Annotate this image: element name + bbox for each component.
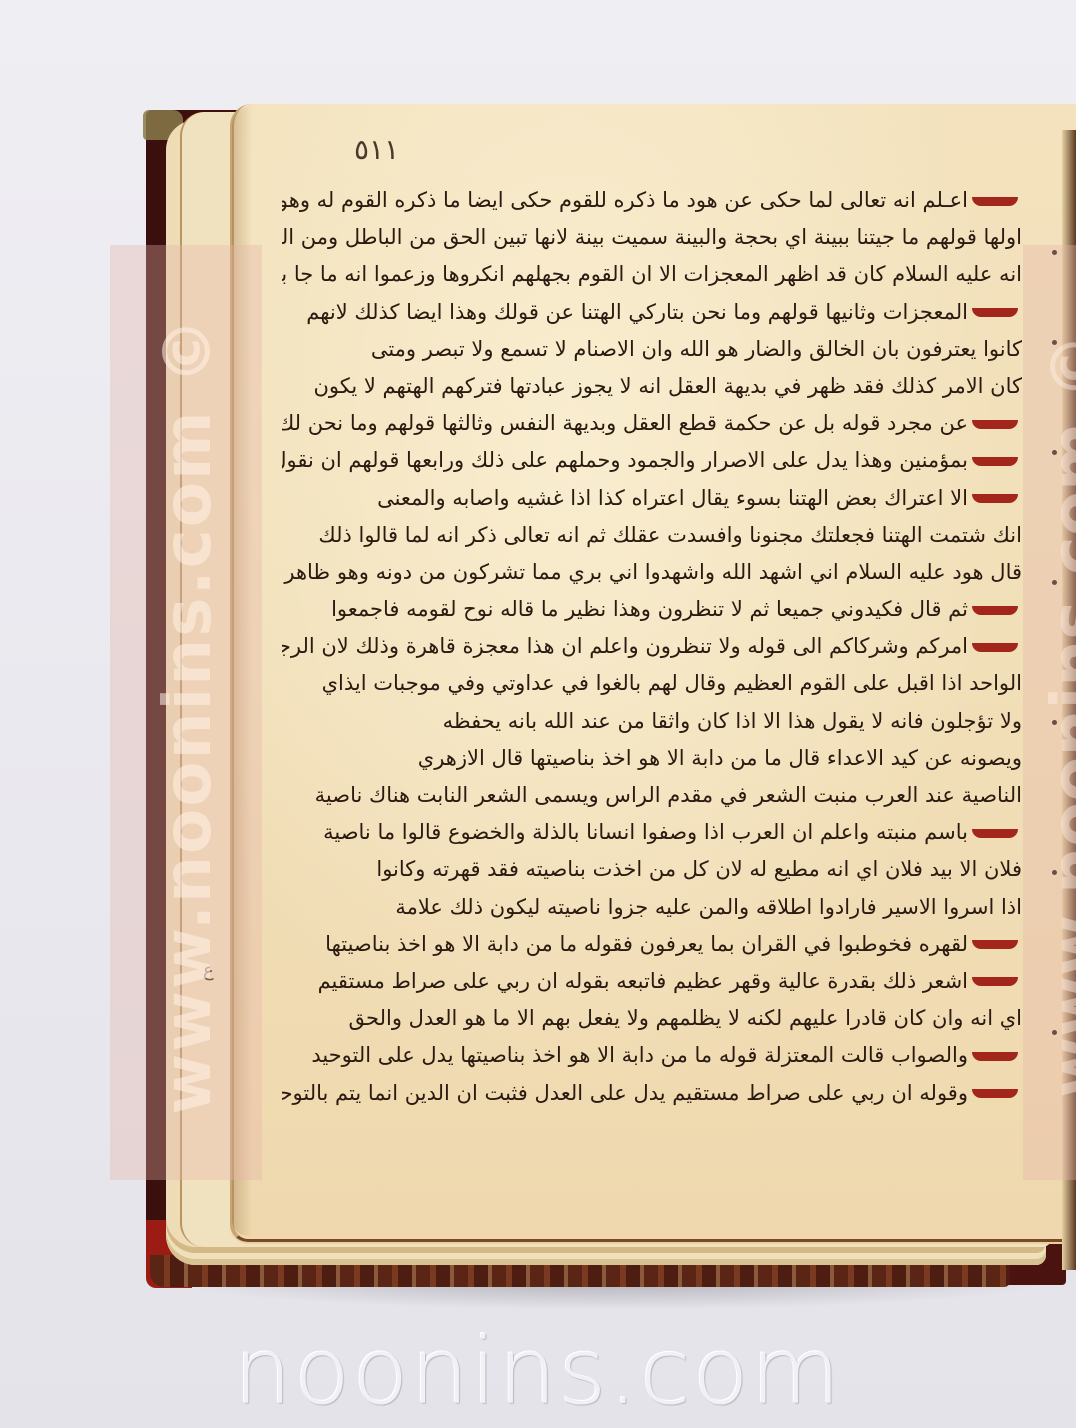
- line-text: ويصونه عن كيد الاعداء قال ما من دابة الا…: [418, 746, 1022, 770]
- folio-number: ٥١١: [354, 133, 399, 166]
- line-text: اي انه وان كان قادرا عليهم لكنه لا يظلمه…: [349, 1006, 1022, 1030]
- line-text: والصواب قالت المعتزلة قوله ما من دابة ال…: [311, 1043, 968, 1067]
- line-text: بمؤمنين وهذا يدل على الاصرار والجمود وحم…: [282, 448, 968, 472]
- manuscript-line: لقهره فخوطبوا في القران بما يعرفون فقوله…: [282, 926, 1022, 963]
- line-text: انك شتمت الهتنا فجعلتك مجنونا وافسدت عقل…: [318, 523, 1022, 547]
- line-text: قال هود عليه السلام اني اشهد الله واشهدو…: [284, 560, 1022, 584]
- manuscript-line: الا اعتراك بعض الهتنا بسوء يقال اعتراه ك…: [282, 480, 1022, 517]
- rubric-overline: [972, 1089, 1018, 1098]
- manuscript-line: اذا اسروا الاسير فارادوا اطلاقه والمن عل…: [282, 889, 1022, 926]
- line-text: وقوله ان ربي على صراط مستقيم يدل على الع…: [282, 1081, 968, 1105]
- line-text: المعجزات وثانيها قولهم وما نحن بتاركي ال…: [306, 300, 968, 324]
- line-text: اولها قولهم ما جيتنا ببينة اي بحجة والبي…: [282, 225, 1022, 249]
- line-text: اعـلم انه تعالى لما حكى عن هود ما ذكره ل…: [282, 188, 968, 212]
- manuscript-line: كانوا يعترفون بان الخالق والضار هو الله …: [282, 331, 1022, 368]
- manuscript-line: امركم وشركاكم الى قوله ولا تنظرون واعلم …: [282, 628, 1022, 665]
- watermark-left-text: www.noonins.com ©: [149, 316, 226, 1115]
- manuscript-line: عن مجرد قوله بل عن حكمة قطع العقل وبديهة…: [282, 405, 1022, 442]
- line-text: امركم وشركاكم الى قوله ولا تنظرون واعلم …: [282, 634, 968, 658]
- manuscript-line: ويصونه عن كيد الاعداء قال ما من دابة الا…: [282, 740, 1022, 777]
- line-text: اذا اسروا الاسير فارادوا اطلاقه والمن عل…: [395, 895, 1022, 919]
- rubric-overline: [972, 420, 1018, 429]
- line-text: كانوا يعترفون بان الخالق والضار هو الله …: [371, 337, 1022, 361]
- manuscript-line: انك شتمت الهتنا فجعلتك مجنونا وافسدت عقل…: [282, 517, 1022, 554]
- line-text: الا اعتراك بعض الهتنا بسوء يقال اعتراه ك…: [377, 486, 968, 510]
- line-text: انه عليه السلام كان قد اظهر المعجزات الا…: [282, 262, 1022, 286]
- rubric-overline: [972, 643, 1018, 652]
- line-text: ثم قال فكيدوني جميعا ثم لا تنظرون وهذا ن…: [331, 597, 968, 621]
- line-text: الناصية عند العرب منبت الشعر في مقدم الر…: [315, 783, 1022, 807]
- rubric-overline: [972, 977, 1018, 986]
- watermark-left: www.noonins.com ©: [112, 250, 262, 1180]
- manuscript-line: كان الامر كذلك فقد ظهر في بديهة العقل ان…: [282, 368, 1022, 405]
- manuscript-line: اولها قولهم ما جيتنا ببينة اي بحجة والبي…: [282, 219, 1022, 256]
- manuscript-line: بمؤمنين وهذا يدل على الاصرار والجمود وحم…: [282, 442, 1022, 479]
- rubric-overline: [972, 829, 1018, 838]
- manuscript-line: الواحد اذا اقبل على القوم العظيم وقال له…: [282, 665, 1022, 702]
- line-text: اشعر ذلك بقدرة عالية وقهر عظيم فاتبعه بق…: [318, 969, 968, 993]
- watermark-bottom: noonins.com: [0, 1318, 1076, 1425]
- manuscript-line: والصواب قالت المعتزلة قوله ما من دابة ال…: [282, 1037, 1022, 1074]
- rubric-overline: [972, 940, 1018, 949]
- manuscript-line: ثم قال فكيدوني جميعا ثم لا تنظرون وهذا ن…: [282, 591, 1022, 628]
- line-text: عن مجرد قوله بل عن حكمة قطع العقل وبديهة…: [282, 411, 968, 435]
- manuscript-line: فلان الا بيد فلان اي انه مطيع له لان كل …: [282, 851, 1022, 888]
- line-text: باسم منبته واعلم ان العرب اذا وصفوا انسا…: [323, 820, 968, 844]
- line-text: لقهره فخوطبوا في القران بما يعرفون فقوله…: [325, 932, 968, 956]
- rubric-overline: [972, 494, 1018, 503]
- watermark-right-text: www.noonins.com ©: [1037, 333, 1076, 1098]
- manuscript-line: اشعر ذلك بقدرة عالية وقهر عظيم فاتبعه بق…: [282, 963, 1022, 1000]
- line-text: ولا تؤجلون فانه لا يقول هذا الا اذا كان …: [443, 709, 1022, 733]
- manuscript-line: انه عليه السلام كان قد اظهر المعجزات الا…: [282, 256, 1022, 293]
- manuscript-line: قال هود عليه السلام اني اشهد الله واشهدو…: [282, 554, 1022, 591]
- manuscript-text-block: اعـلم انه تعالى لما حكى عن هود ما ذكره ل…: [282, 182, 1022, 1112]
- manuscript-photo: ٥١١ اعـلم انه تعالى لما حكى عن هود ما ذك…: [0, 0, 1076, 1428]
- manuscript-line: اعـلم انه تعالى لما حكى عن هود ما ذكره ل…: [282, 182, 1022, 219]
- rubric-overline: [972, 1052, 1018, 1061]
- line-text: كان الامر كذلك فقد ظهر في بديهة العقل ان…: [313, 374, 1022, 398]
- rubric-overline: [972, 197, 1018, 206]
- manuscript-line: ولا تؤجلون فانه لا يقول هذا الا اذا كان …: [282, 703, 1022, 740]
- rubric-overline: [972, 457, 1018, 466]
- rubric-overline: [972, 308, 1018, 317]
- manuscript-line: المعجزات وثانيها قولهم وما نحن بتاركي ال…: [282, 294, 1022, 331]
- watermark-right: www.noonins.com ©: [1025, 250, 1076, 1180]
- rubric-overline: [972, 606, 1018, 615]
- manuscript-line: الناصية عند العرب منبت الشعر في مقدم الر…: [282, 777, 1022, 814]
- manuscript-line: باسم منبته واعلم ان العرب اذا وصفوا انسا…: [282, 814, 1022, 851]
- line-text: الواحد اذا اقبل على القوم العظيم وقال له…: [322, 671, 1022, 695]
- manuscript-line: وقوله ان ربي على صراط مستقيم يدل على الع…: [282, 1075, 1022, 1112]
- manuscript-line: اي انه وان كان قادرا عليهم لكنه لا يظلمه…: [282, 1000, 1022, 1037]
- line-text: فلان الا بيد فلان اي انه مطيع له لان كل …: [376, 857, 1022, 881]
